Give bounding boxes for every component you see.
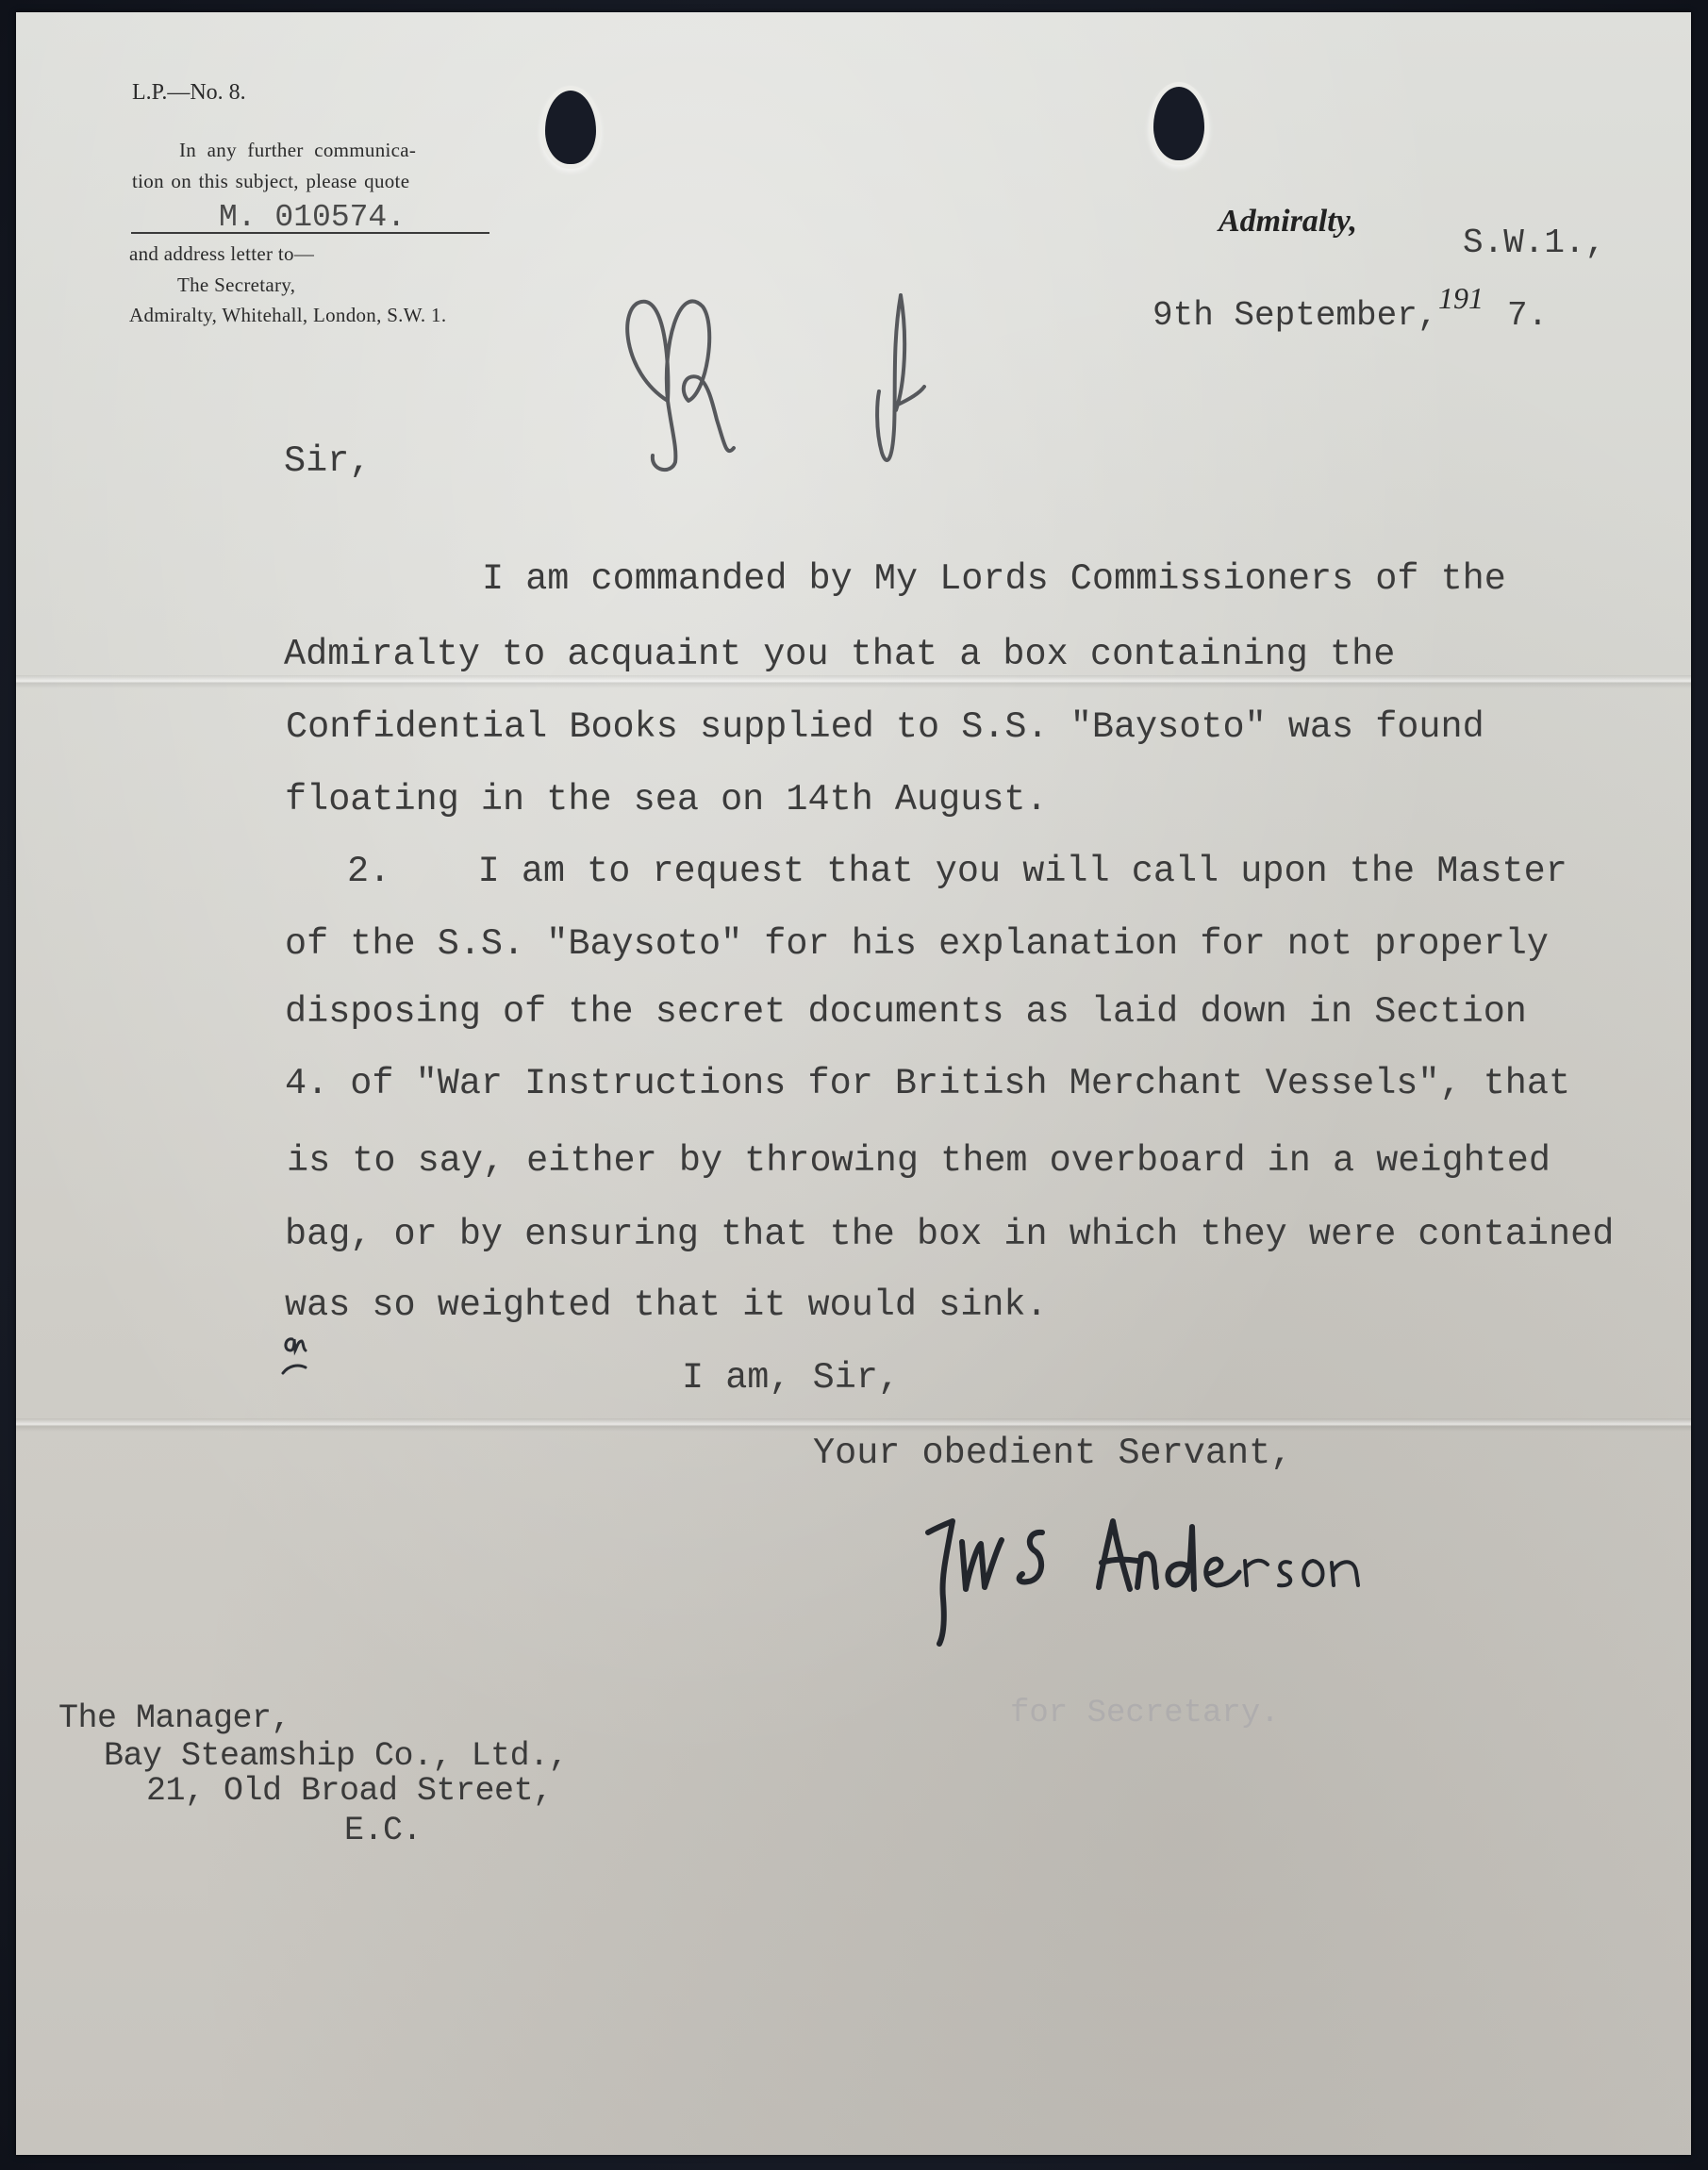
- signatory-title-faint: for Secretary.: [1010, 1698, 1280, 1730]
- recipient-line2: Bay Steamship Co., Ltd.,: [104, 1740, 568, 1773]
- letterhead-address-line2: Admiralty, Whitehall, London, S.W. 1.: [129, 306, 446, 325]
- fold-crease-upper: [16, 675, 1691, 688]
- body-line: is to say, either by throwing them overb…: [287, 1143, 1550, 1180]
- closing-line1: I am, Sir,: [682, 1360, 900, 1397]
- letterhead-address-line1: The Secretary,: [177, 275, 295, 295]
- quote-instruction-line2: tion on this subject, please quote: [132, 172, 409, 191]
- reference-number: M. 010574.: [219, 202, 406, 233]
- body-line: was so weighted that it would sink.: [285, 1287, 1048, 1324]
- body-line: Confidential Books supplied to S.S. "Bay…: [286, 709, 1484, 746]
- recipient-line4: E.C.: [344, 1814, 422, 1847]
- sender-postal-district: S.W.1.,: [1463, 226, 1605, 260]
- body-line: of the S.S. "Baysoto" for his explanatio…: [285, 926, 1549, 963]
- reference-underline: [131, 232, 489, 234]
- punch-hole-right: [1153, 87, 1204, 160]
- margin-annotation-icon: [279, 1320, 317, 1377]
- recipient-line3: 21, Old Broad Street,: [146, 1775, 553, 1808]
- body-line: 2. I am to request that you will call up…: [347, 853, 1567, 890]
- body-line: 4. of "War Instructions for British Merc…: [285, 1066, 1570, 1102]
- address-instruction: and address letter to—: [129, 244, 314, 264]
- body-line: Admiralty to acquaint you that a box con…: [284, 637, 1395, 673]
- recipient-line1: The Manager,: [58, 1702, 290, 1735]
- letter-date: 9th September,: [1152, 299, 1437, 333]
- handwritten-initials-icon: [613, 288, 953, 476]
- fold-crease-lower: [16, 1418, 1691, 1432]
- salutation: Sir,: [284, 443, 371, 480]
- body-line: disposing of the secret documents as lai…: [285, 994, 1527, 1031]
- body-line: bag, or by ensuring that the box in whic…: [285, 1217, 1614, 1253]
- letter-year-printed: 191: [1438, 283, 1484, 313]
- punch-hole-left: [545, 91, 596, 164]
- form-number: L.P.—No. 8.: [132, 81, 246, 104]
- closing-line2: Your obedient Servant,: [813, 1435, 1292, 1472]
- body-line: floating in the sea on 14th August.: [285, 782, 1048, 819]
- body-line: I am commanded by My Lords Commissioners…: [482, 561, 1506, 598]
- signature-icon: [924, 1504, 1566, 1646]
- quote-instruction-line1: In any further communica-: [179, 141, 416, 160]
- sender-place: Admiralty,: [1219, 206, 1357, 238]
- letter-year-typed: 7.: [1507, 299, 1548, 333]
